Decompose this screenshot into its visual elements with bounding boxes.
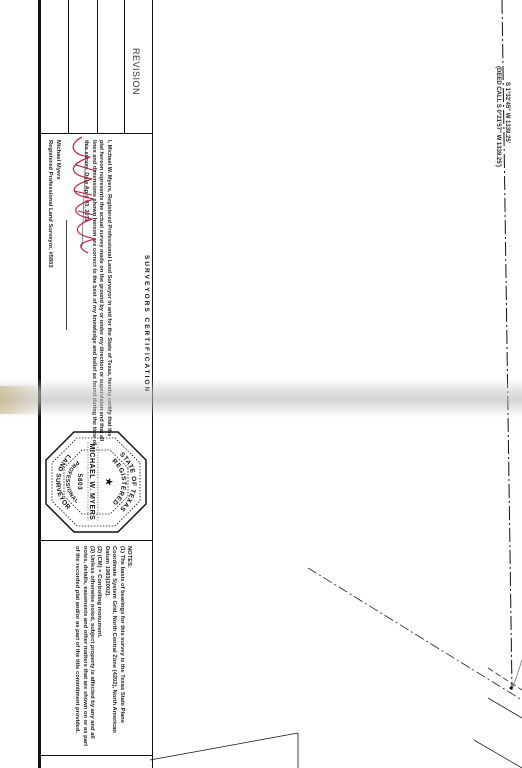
deed-call-label: (DEED CALL S 0°21'57" W 1339.25') — [494, 66, 501, 167]
scan-smudge-edge — [0, 386, 40, 414]
boundary-bearing-label: S 1°32'45" W 1339.25' — [503, 82, 510, 143]
scan-smudge — [0, 378, 522, 418]
